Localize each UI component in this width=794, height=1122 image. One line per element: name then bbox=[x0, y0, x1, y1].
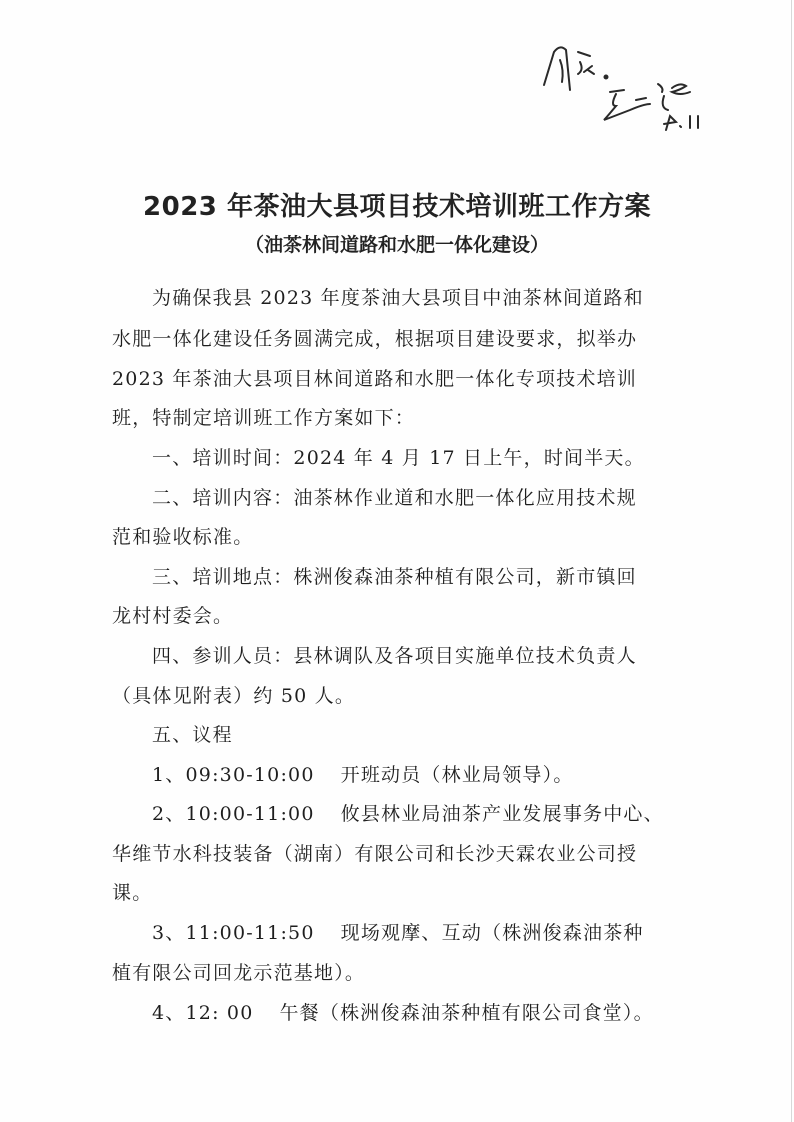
section-people: 四、参训人员：县林调队及各项目实施单位技术负责人 bbox=[152, 641, 732, 668]
agenda-desc: 现场观摩、互动（株洲俊森油茶种 bbox=[341, 922, 644, 944]
handwritten-signature-icon bbox=[520, 30, 760, 160]
agenda-desc-cont: 课。 bbox=[112, 878, 692, 905]
agenda-time: 3、11:00-11:50 bbox=[152, 922, 315, 944]
agenda-item: 4、12: 00午餐（株洲俊森油茶种植有限公司食堂）。 bbox=[152, 998, 732, 1025]
page-edge bbox=[791, 0, 792, 1122]
section-agenda-heading: 五、议程 bbox=[152, 720, 732, 747]
document-title: 2023 年茶油大县项目技术培训班工作方案 bbox=[0, 186, 794, 223]
agenda-desc: 午餐（株洲俊森油茶种植有限公司食堂）。 bbox=[279, 1002, 653, 1024]
agenda-item: 1、09:30-10:00开班动员（林业局领导）。 bbox=[152, 760, 732, 787]
agenda-item: 2、10:00-11:00攸县林业局油茶产业发展事务中心、 bbox=[152, 799, 732, 826]
agenda-time: 2、10:00-11:00 bbox=[152, 803, 315, 825]
document-page: 2023 年茶油大县项目技术培训班工作方案 （油茶林间道路和水肥一体化建设） 为… bbox=[0, 0, 794, 1122]
intro-line: 为确保我县 2023 年度茶油大县项目中油茶林间道路和 bbox=[152, 283, 732, 310]
intro-line: 班，特制定培训班工作方案如下： bbox=[112, 403, 692, 430]
document-subtitle: （油茶林间道路和水肥一体化建设） bbox=[0, 230, 794, 257]
section-content-cont: 范和验收标准。 bbox=[112, 522, 692, 549]
section-time: 一、培训时间：2024 年 4 月 17 日上午，时间半天。 bbox=[152, 443, 732, 470]
section-place: 三、培训地点：株洲俊森油茶种植有限公司，新市镇回 bbox=[152, 562, 732, 589]
agenda-desc: 开班动员（林业局领导）。 bbox=[341, 764, 574, 786]
agenda-item: 3、11:00-11:50现场观摩、互动（株洲俊森油茶种 bbox=[152, 918, 732, 945]
section-place-cont: 龙村村委会。 bbox=[112, 601, 692, 628]
section-people-cont: （具体见附表）约 50 人。 bbox=[112, 681, 692, 708]
intro-line: 水肥一体化建设任务圆满完成，根据项目建设要求，拟举办 bbox=[112, 324, 692, 351]
agenda-time: 4、12: 00 bbox=[152, 1002, 253, 1024]
agenda-desc-cont: 华维节水科技装备（湖南）有限公司和长沙天霖农业公司授 bbox=[112, 839, 692, 866]
agenda-desc: 攸县林业局油茶产业发展事务中心、 bbox=[341, 803, 664, 825]
intro-line: 2023 年茶油大县项目林间道路和水肥一体化专项技术培训 bbox=[112, 364, 692, 391]
agenda-desc-cont: 植有限公司回龙示范基地）。 bbox=[112, 958, 692, 985]
agenda-time: 1、09:30-10:00 bbox=[152, 764, 315, 786]
section-content: 二、培训内容：油茶林作业道和水肥一体化应用技术规 bbox=[152, 483, 732, 510]
